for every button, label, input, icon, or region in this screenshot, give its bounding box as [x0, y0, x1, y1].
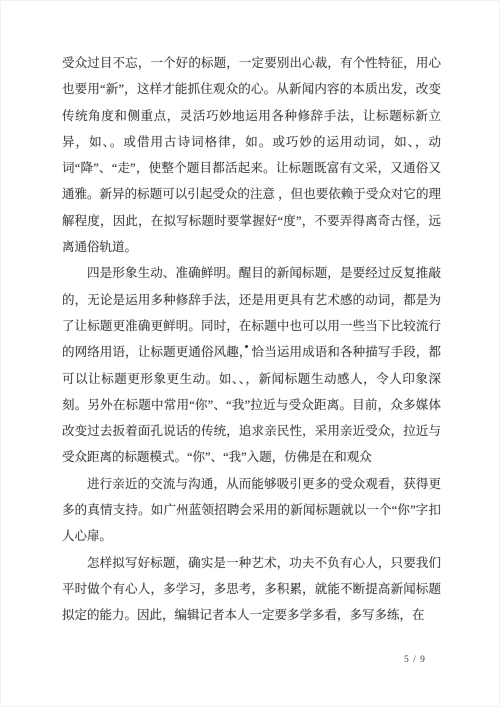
document-text: 受众过目不忘，一个好的标题，一定要别出心裁，有个性特征，用心也要用“新”，这样才…	[62, 50, 441, 629]
document-page: 受众过目不忘，一个好的标题，一定要别出心裁，有个性特征，用心也要用“新”，这样才…	[0, 0, 500, 707]
paragraph: 进行亲近的交流与沟通，从而能够吸引更多的受众观看，获得更多的真情支持。如广州蓝领…	[62, 471, 441, 550]
stray-dot-mark	[245, 345, 248, 348]
paragraph: 怎样拟写好标题，确实是一种艺术，功夫不负有心人，只要我们平时做个有心人，多学习，…	[62, 550, 441, 629]
paragraph: 受众过目不忘，一个好的标题，一定要别出心裁，有个性特征，用心也要用“新”，这样才…	[62, 50, 441, 260]
paragraph: 四是形象生动、准确鲜明。醒目的新闻标题，是要经过反复推敲的，无论是运用多种修辞手…	[62, 260, 441, 470]
page-number: 5 / 9	[404, 655, 426, 665]
